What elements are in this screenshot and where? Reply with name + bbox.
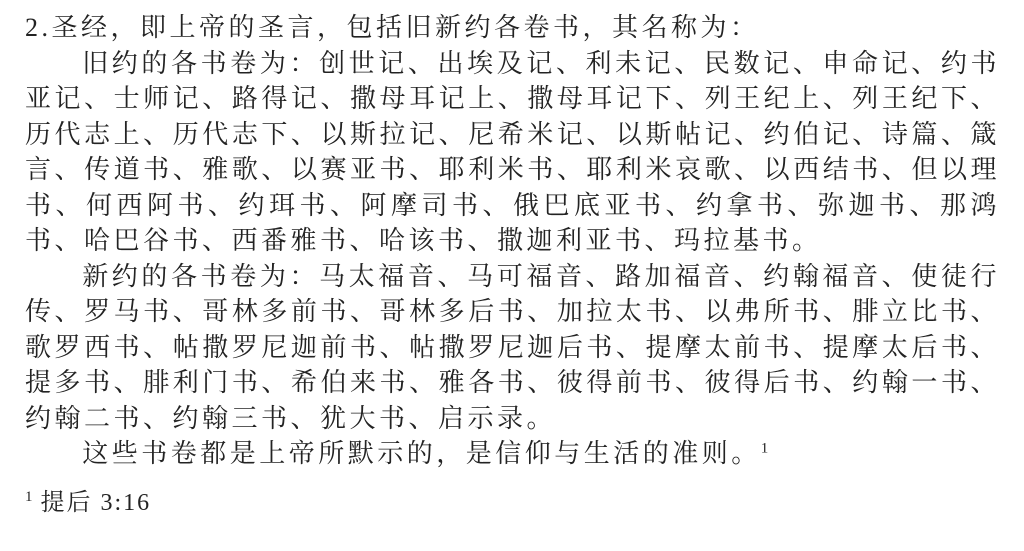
footnote-reference-superscript: 1	[761, 440, 769, 456]
old-testament-paragraph: 旧约的各书卷为：创世记、出埃及记、利未记、民数记、申命记、约书亚记、士师记、路得…	[25, 46, 1000, 259]
closing-paragraph-text: 这些书卷都是上帝所默示的，是信仰与生活的准则。	[82, 439, 761, 468]
new-testament-paragraph: 新约的各书卷为：马太福音、马可福音、路加福音、约翰福音、使徒行传、罗马书、哥林多…	[25, 259, 1000, 437]
document-page: 2.圣经，即上帝的圣言，包括旧新约各卷书，其名称为： 旧约的各书卷为：创世记、出…	[0, 0, 1024, 551]
footnote: 1提后 3:16	[25, 486, 1000, 522]
footnote-text: 提后 3:16	[41, 490, 152, 516]
heading-line: 2.圣经，即上帝的圣言，包括旧新约各卷书，其名称为：	[25, 10, 1000, 46]
closing-paragraph: 这些书卷都是上帝所默示的，是信仰与生活的准则。1	[25, 436, 1000, 472]
footnote-marker-superscript: 1	[25, 489, 33, 505]
